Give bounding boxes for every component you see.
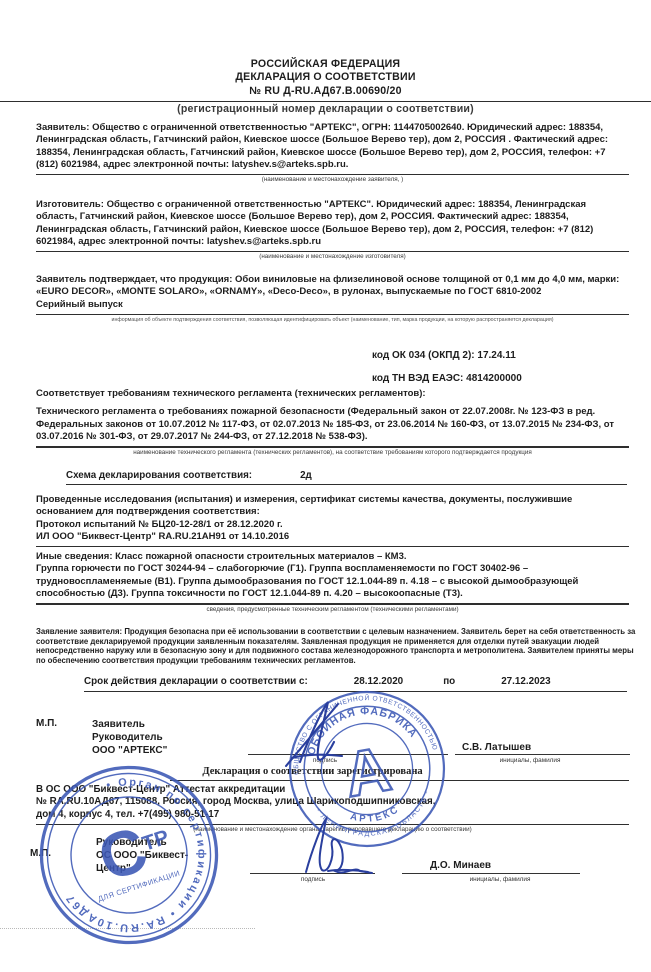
seal-place-mark: М.П. [36, 718, 57, 729]
section-rule [36, 314, 629, 315]
section-rule [36, 251, 629, 252]
product-codes: код ОК 034 (ОКПД 2): 17.24.11 код ТН ВЭД… [372, 344, 522, 390]
registration-number-caption: (регистрационный номер декларации о соот… [0, 103, 651, 116]
validity-label: Срок действия декларации о соответствии … [84, 676, 308, 687]
validity-to-word: по [443, 676, 455, 687]
header-rule [0, 101, 651, 102]
other-info-section: Иные сведения: Класс пожарной опасности … [36, 551, 629, 614]
manufacturer-paragraph: Изготовитель: Общество с ограниченной от… [36, 199, 629, 248]
product-section: Заявитель подтверждает, что продукция: О… [36, 274, 629, 324]
scheme-label: Схема декларирования соответствия: [66, 470, 252, 481]
compliance-caption: наименование технического регламента (те… [36, 449, 629, 457]
country-title: РОССИЙСКАЯ ФЕДЕРАЦИЯ [0, 58, 651, 71]
applicant-name: С.В. Латышев [462, 742, 531, 753]
applicant-paragraph: Заявитель: Общество с ограниченной ответ… [36, 122, 629, 171]
name-line [455, 754, 630, 755]
declaration-title: ДЕКЛАРАЦИЯ О СООТВЕТСТВИИ [0, 71, 651, 84]
product-caption: информация об объекте подтверждения соот… [36, 316, 629, 324]
registrar-signature [298, 814, 380, 878]
section-rule [36, 446, 629, 448]
name-caption: инициалы, фамилия [440, 876, 560, 883]
validity-row: Срок действия декларации о соответствии … [84, 676, 627, 692]
manufacturer-section: Изготовитель: Общество с ограниченной от… [36, 199, 629, 261]
applicant-role-block: Заявитель Руководитель ООО "АРТЕКС" [92, 718, 167, 757]
doc-header: РОССИЙСКАЯ ФЕДЕРАЦИЯ ДЕКЛАРАЦИЯ О СООТВЕ… [0, 58, 651, 117]
validity-from-date: 28.12.2020 [354, 676, 403, 687]
certifier-role-block: Руководитель ОС ООО "Биквест- Центр" [96, 836, 188, 875]
applicant-caption: (наименование и местонахождение заявител… [36, 176, 629, 184]
section-rule [36, 174, 629, 175]
scheme-value: 2д [300, 470, 312, 481]
tests-paragraph: Проведенные исследования (испытания) и и… [36, 494, 629, 543]
okpd-code: код ОК 034 (ОКПД 2): 17.24.11 [372, 344, 522, 367]
compliance-section: Соответствует требованиям технического р… [36, 388, 629, 457]
name-caption: инициалы, фамилия [470, 757, 590, 764]
serial-issue-label: Серийный выпуск [36, 299, 629, 311]
other-info-paragraph: Иные сведения: Класс пожарной опасности … [36, 551, 629, 600]
statement-paragraph: Заявление заявителя: Продукция безопасна… [36, 627, 637, 665]
tests-section: Проведенные исследования (испытания) и и… [36, 494, 629, 547]
product-paragraph: Заявитель подтверждает, что продукция: О… [36, 274, 629, 299]
section-rule [36, 546, 629, 547]
applicant-section: Заявитель: Общество с ограниченной ответ… [36, 122, 629, 184]
scheme-row: Схема декларирования соответствия: 2д [66, 470, 627, 485]
declaration-number: № RU Д-RU.АД67.В.00690/20 [0, 85, 651, 98]
name-line [402, 873, 580, 874]
applicant-signature [282, 696, 370, 772]
seal-place-mark: М.П. [30, 848, 51, 859]
section-rule [36, 603, 629, 605]
regulation-paragraph: Технического регламента о требованиях по… [36, 406, 629, 443]
tnved-code: код ТН ВЭД ЕАЭС: 4814200000 [372, 367, 522, 390]
declaration-document: РОССИЙСКАЯ ФЕДЕРАЦИЯ ДЕКЛАРАЦИЯ О СООТВЕ… [0, 0, 651, 972]
compliance-heading: Соответствует требованиям технического р… [36, 388, 629, 400]
other-info-caption: сведения, предусмотренные техническим ре… [36, 606, 629, 614]
validity-to-date: 27.12.2023 [501, 676, 550, 687]
registration-heading-rule [170, 780, 629, 781]
scan-artifact-line [0, 928, 255, 929]
manufacturer-caption: (наименование и местонахождение изготови… [36, 253, 629, 261]
certifier-name: Д.О. Минаев [430, 860, 491, 871]
